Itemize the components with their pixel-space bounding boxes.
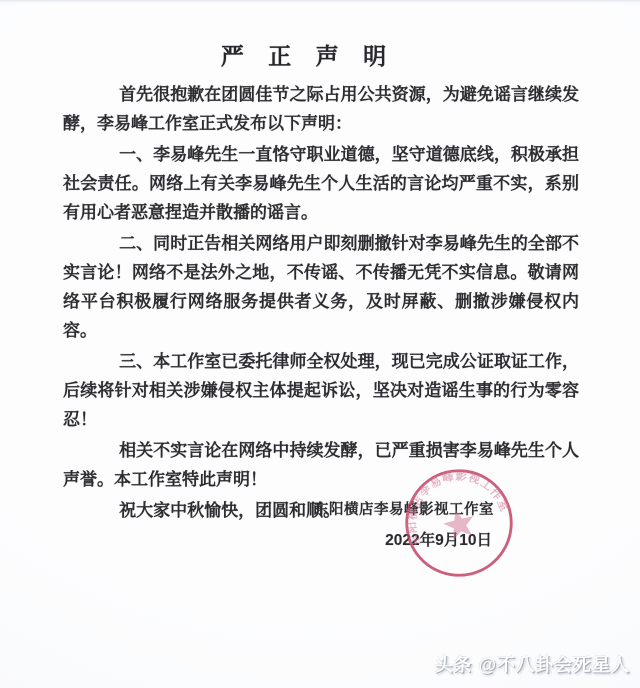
statement-body: 首先很抱歉在团圆佳节之际占用公共资源，为避免谣言继续发酵，李易峰工作室正式发布以… [63,80,579,527]
toutiao-watermark: 头条 @不八卦会死星人 [434,651,630,677]
statement-paper: 严 正 声 明 首先很抱歉在团圆佳节之际占用公共资源，为避免谣言继续发酵，李易峰… [0,0,640,688]
statement-paragraph: 三、本工作室已委托律师全权处理，现已完成公证取证工作，后续将针对相关涉嫌侵权主体… [63,347,579,434]
studio-signature: 东阳横店李易峰影视工作室 [314,501,494,519]
signature-block: 东阳横店李易峰影视工作室 2022年9月10日 [314,501,494,550]
statement-title: 严 正 声 明 [0,38,616,71]
statement-paragraph: 一、李易峰先生一直恪守职业道德，坚守道德底线，积极承担社会责任。网络上有关李易峰… [63,140,579,227]
statement-paragraph: 相关不实言论在网络中持续发酵，已严重损害李易峰先生个人声誉。本工作室特此声明！ [63,436,579,494]
statement-date: 2022年9月10日 [314,532,494,550]
statement-paragraph: 首先很抱歉在团圆佳节之际占用公共资源，为避免谣言继续发酵，李易峰工作室正式发布以… [63,80,579,138]
statement-paragraph: 二、同时正告相关网络用户即刻删撤针对李易峰先生的全部不实言论！网络不是法外之地，… [63,229,579,345]
